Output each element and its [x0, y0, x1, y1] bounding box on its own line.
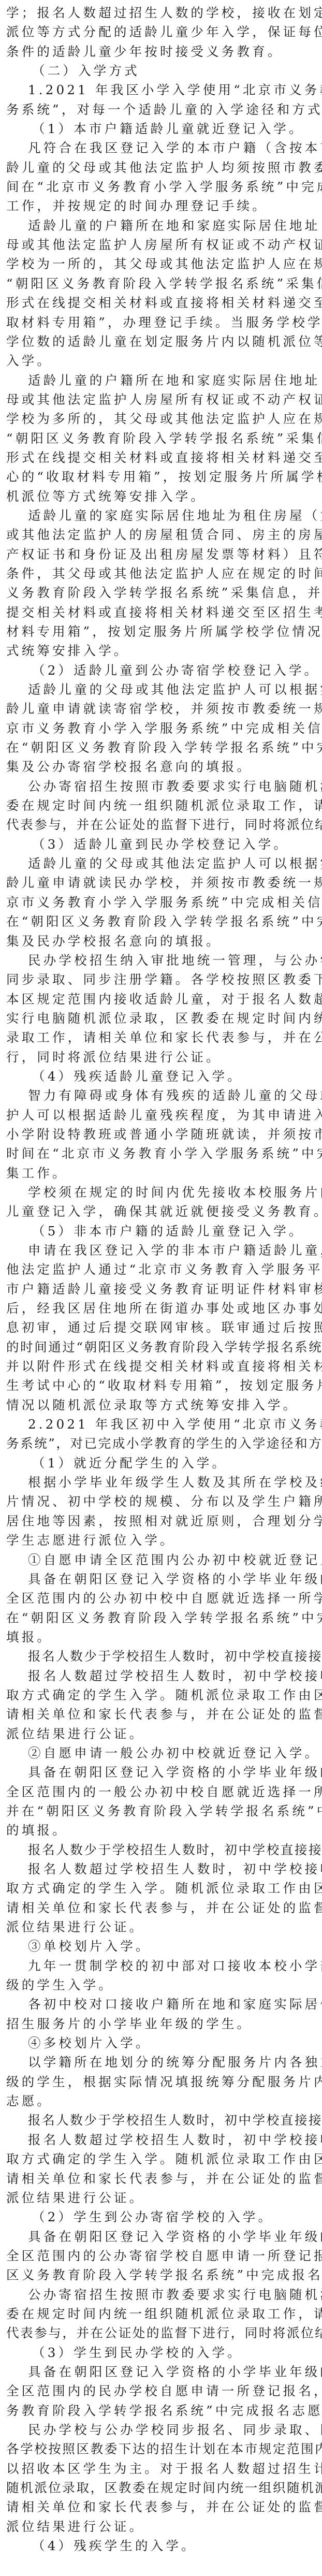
document-text-line: 学校为一所的，其父母或其他法定监护人应在规定的时间内通过	[6, 254, 316, 273]
document-text-line: 间在“北京市义务教育小学入学服务系统”中完成相关信息采集	[6, 177, 316, 196]
document-text-line: 报名人数超过学校招生人数时，初中学校接收以随机派位录	[6, 2130, 316, 2149]
document-text-line: 京市义务教育小学入学服务系统”中完成相关信息采集工作后，	[6, 893, 316, 912]
document-text-line: 请相关单位和家长代表参与，并在公证处的监督下进行，同时将	[6, 1705, 316, 1724]
document-text-line: 级的学生入学。	[6, 1975, 316, 1995]
document-text-line: 入学。	[6, 351, 316, 370]
document-text-line: 务系统”，对每一个适龄儿童的入学途径和方式全程记录。	[6, 100, 316, 119]
document-text-line: 母或其他法定监护人房屋所有权证或不动产权证书）对应的服务	[6, 390, 316, 409]
document-text-line: 条件的适龄儿童少年按时接受义务教育。	[6, 42, 316, 61]
document-text-line: 学校须在规定的时间内优先接收本校服务片内的残疾适龄	[6, 1183, 316, 1202]
document-text-line: 报名人数超过学校招生人数时，初中学校接收以随机派位录	[6, 1666, 316, 1685]
document-text-line: 智力有障碍或身体有残疾的适龄儿童的父母或其他法定监	[6, 1086, 316, 1105]
document-text-line: 以招收本区学生为主。对于报名人数超过招生计划的，实行电脑	[6, 2459, 316, 2478]
section-heading: （1）本市户籍适龄儿童就近登记入学。	[6, 119, 316, 138]
section-heading: （3）适龄儿童到民办学校登记入学。	[6, 835, 316, 854]
document-text-line: 行，同时将派位结果进行公证。	[6, 1047, 316, 1067]
document-text-line: 请相关单位和家长代表参与，并在公证处的监督下进行，同时将	[6, 1898, 316, 1917]
document-text-line: 级的学生，根据实际情况填报统筹分配服务片内初中学校的入学	[6, 2072, 316, 2091]
document-text-line: 各初中校对口接收户籍所在地和家庭实际居住地归属本校	[6, 1995, 316, 2014]
document-text-line: ①自愿申请全区范围内公办初中校就近登记入学。	[6, 1550, 316, 1569]
document-text-line: 材料专用箱”，按划定服务片所属学校学位情况以随机派位等方	[6, 622, 316, 641]
document-text-line: 龄儿童申请就读民办学校，并须按市教委统一规定的时间在“北	[6, 873, 316, 892]
document-text-line: 形式在线提交相关材料或直接将相关材料递交至区招生考试中	[6, 448, 316, 467]
section-heading: （4）残疾适龄儿童登记入学。	[6, 1067, 316, 1086]
document-text-line: 请相关单位和家长代表参与，并在公证处的监督下进行，同时将	[6, 2497, 316, 2516]
document-text-line: 集及民办学校报名意向的填报。	[6, 932, 316, 951]
document-text-line: 志愿。	[6, 2091, 316, 2111]
document-text-line: 1.2021 年我区小学入学使用“北京市义务教育小学入学服	[6, 80, 316, 99]
document-text-line: 以学籍所在地划分的统筹分配服务片内各独立小学毕业年	[6, 2053, 316, 2072]
section-heading: （2）适龄儿童到公办寄宿学校登记入学。	[6, 661, 316, 680]
document-text-line: 同步录取、同步注册学籍。各学校按照区教委下达的招生计划在	[6, 970, 316, 989]
document-text-line: 母或其他法定监护人房屋所有权证或不动产权证书）对应的服务	[6, 235, 316, 254]
document-text-line: 务系统”，对已完成小学教育的学生的入学途径和方式全程记录。	[6, 1434, 316, 1453]
section-heading: （1）就近分配学生的入学。	[6, 1453, 316, 1473]
document-text-line: 具备在朝阳区登记入学资格的小学毕业年级的学生可以在	[6, 2362, 316, 2381]
document-text-line: “朝阳区义务教育阶段入学转学报名系统”采集信息，并以附件	[6, 274, 316, 293]
document-text-line: 在“朝阳区义务教育阶段入学转学报名系统”中完成报名志愿的	[6, 1608, 316, 1627]
document-text-line: 集工作。	[6, 1163, 316, 1183]
document-text-line: 龄儿童申请就读寄宿学校，并须按市教委统一规定的时间在“北	[6, 699, 316, 718]
document-text-line: 龄儿童的父母或其他法定监护人均须按照市教委统一规定的时	[6, 158, 316, 177]
document-text-line: 学校为多所的，其父母或其他法定监护人应在规定的时间内通过	[6, 409, 316, 428]
document-text-line: 录取工作，请相关单位和家长代表参与，并在公证处的监督下进	[6, 1028, 316, 1047]
document-text-line: 全区范围内的公办初中校中自愿就近选择一所学校登记报名，并	[6, 1589, 316, 1608]
document-text-line: 务教育阶段入学转学报名系统”中完成报名志愿的填报。	[6, 2401, 316, 2420]
document-text-line: ②自愿申请一般公办初中校就近登记入学。	[6, 1743, 316, 1763]
document-text-line: “朝阳区义务教育阶段入学转学报名系统”采集信息，并以附件	[6, 429, 316, 448]
document-text-line: 取材料专用箱”，办理登记手续。当服务学校学位不足时，超出	[6, 313, 316, 332]
document-text-line: 适龄儿童的户籍所在地和家庭实际居住地址（凭适龄儿童父	[6, 216, 316, 235]
document-text-line: 具备在朝阳区登记入学资格的小学毕业年级的学生可以在	[6, 2227, 316, 2246]
document-text-line: 报名人数少于学校招生人数时，初中学校直接接收学生入学。	[6, 2111, 316, 2130]
section-heading: （二）入学方式	[6, 61, 316, 80]
document-text-line: 形式在线提交相关材料或直接将相关材料递交至对应学校的“收	[6, 293, 316, 312]
document-text-line: 代表参与，并在公证处的监督下进行，同时将派位结果进行公证。	[6, 815, 316, 834]
document-text-line: 2.2021 年我区初中入学使用“北京市义务教育初中入学服	[6, 1415, 316, 1434]
document-text-line: 京市义务教育小学入学服务系统”中完成相关信息采集工作后，	[6, 719, 316, 738]
document-text-line: 民办学校招生纳入审批地统一管理，与公办学校同步报名，	[6, 951, 316, 970]
document-text-line: 取方式确定的学生入学。随机派位录取工作由区教委统一组织，	[6, 1685, 316, 1705]
document-text-line: 公办寄宿招生按照市教委要求实行电脑随机派位录取。区教	[6, 2285, 316, 2304]
document-text-line: 工作，并按规定的时间办理登记手续。	[6, 196, 316, 215]
document-text-line: 产权证书和身份证及出租房屋发票等材料）且符合在朝阳区入学	[6, 545, 316, 564]
document-text-line: 派位结果进行公证。	[6, 1917, 316, 1937]
document-text-line: 机派位等方式统筹安排入学。	[6, 487, 316, 506]
document-text-line: 市户籍适龄儿童接受义务教育证明证件材料审核入口”采集信息	[6, 1279, 316, 1299]
document-text-line: 派位等方式分配的适龄儿童少年入学，保证每位符合在我区入学	[6, 22, 316, 41]
document-text-line: 适龄儿童的父母或其他法定监护人可以根据实际情况为适	[6, 680, 316, 699]
document-text-line: 片情况、初中学校的规模、分布以及学生户籍所在地和家庭实际	[6, 1492, 316, 1511]
document-text-line: 式统筹安排入学。	[6, 641, 316, 660]
document-text-line: 派位结果进行公证。	[6, 2517, 316, 2536]
document-text-line: 代表参与，并在公证处的监督下进行，同时将派位结果进行公证。	[6, 2323, 316, 2342]
document-text-line: 并在“朝阳区义务教育阶段入学转学报名系统”中完成报名志愿	[6, 1801, 316, 1821]
document-text-line: 全区范围内的一般公办初中校自愿就近选择一所学校登记报名，	[6, 1782, 316, 1801]
document-text-line: 学；报名人数超过招生人数的学校，接收在划定服务片内以随机	[6, 3, 316, 22]
document-text-line: 息初审，通过后提交联网审核。联审通过后按照区教委统一规定	[6, 1318, 316, 1337]
document-text-line: 各学校按照区教委下达的招生计划在本市规定范围内接收学生，	[6, 2439, 316, 2458]
document-text-line: 小学附设特教班或普通小学随班就读，并须按市教委统一规定的	[6, 1125, 316, 1144]
section-heading: （5）非本市户籍的适龄儿童登记入学。	[6, 1221, 316, 1241]
document-text-line: 实行电脑随机派位录取，区教委在规定时间内统一组织随机派位	[6, 1009, 316, 1028]
document-text-line: 义务教育阶段入学转学报名系统”采集信息，并以附件形式在线	[6, 583, 316, 602]
document-text-line: 学位数的适龄儿童在划定服务片内以随机派位等方式统筹安排	[6, 332, 316, 351]
document-text-line: ③单校划片入学。	[6, 1937, 316, 1956]
document-text-line: 学生志愿进行派位入学。	[6, 1531, 316, 1550]
document-text-line: 根据小学毕业年级学生人数及其所在学校及统筹分配服务	[6, 1473, 316, 1492]
document-text-line: 委在规定时间内统一组织随机派位录取工作，请相关单位和家长	[6, 2304, 316, 2323]
document-text-line: 后，经我区居住地所在街道办事处或地区办事处（乡政府）按信	[6, 1299, 316, 1318]
document-text-line: 生考试中心的“收取材料专用箱”，按划定服务片所属学校学位	[6, 1376, 316, 1395]
document-text-line: 民办学校与公办学校同步报名、同步录取、同步注册学籍。	[6, 2420, 316, 2439]
document-text-line: 报名人数超过学校招生人数时，初中学校接收以随机派位录	[6, 1859, 316, 1879]
document-text-line: 取方式确定的学生入学。随机派位录取工作由区教委统一组织，	[6, 2149, 316, 2169]
document-text-line: 派位结果进行公证。	[6, 1724, 316, 1743]
document-text-line: 儿童登记入学，确保其就近就便接受义务教育。	[6, 1202, 316, 1221]
section-heading: （2）学生到公办寄宿学校的入学。	[6, 2207, 316, 2226]
document-text-line: 集及公办寄宿学校报名意向的填报。	[6, 757, 316, 776]
document-text-line: 并以附件形式在线提交相关材料或直接将相关材料递交至区招	[6, 1357, 316, 1376]
section-heading: （3）学生到民办学校的入学。	[6, 2343, 316, 2362]
document-text-line: 提交相关材料或直接将相关材料递交至区招生考试中心的“收取	[6, 603, 316, 622]
document-text-line: 心的“收取材料专用箱”，按划定服务片所属学校学位情况以随	[6, 467, 316, 486]
document-text-line: 凡符合在我区登记入学的本市户籍（含按本市户籍对待）适	[6, 138, 316, 157]
document-text-line: 护人可以根据适龄儿童残疾程度，为其申请进入特殊教育学校、	[6, 1105, 316, 1125]
document-text-line: 申请在我区登记入学的非本市户籍适龄儿童，由其父母或其	[6, 1241, 316, 1260]
document-text-line: 本区规定范围内接收适龄儿童，对于报名人数超过招生计划的，	[6, 989, 316, 1009]
document-text-line: 全区范围内的公办寄宿学校自愿申请一所登记报名，并在“朝阳	[6, 2246, 316, 2265]
document-text-line: 请相关单位和家长代表参与，并在公证处的监督下进行，同时将	[6, 2169, 316, 2188]
document-text-line: 时间在“北京市义务教育小学入学服务系统”中完成相关信息采	[6, 1144, 316, 1163]
document-text-line: 在“朝阳区义务教育阶段入学转学报名系统”中完成相关信息采	[6, 738, 316, 757]
document-page: 学；报名人数超过招生人数的学校，接收在划定服务片内以随机派位等方式分配的适龄儿童…	[0, 0, 322, 2555]
document-text-line: 条件，其父母或其他法定监护人应在规定的时间内通过“朝阳区	[6, 564, 316, 583]
document-text-line: 派位结果进行公证。	[6, 2188, 316, 2207]
document-text-line: 委在规定时间内统一组织随机派位录取工作，请相关单位和家长	[6, 796, 316, 815]
document-text-line: 具备在朝阳区登记入学资格的小学毕业年级的学生，可以在	[6, 1763, 316, 1782]
document-text-line: 取方式确定的学生入学。随机派位录取工作由区教委统一组织，	[6, 1879, 316, 1898]
document-text-line: 的时间通过“朝阳区义务教育阶段入学转学报名系统”采集信息，	[6, 1337, 316, 1357]
document-text-line: 居住地等因素，按照相对就近原则，合理划分学校服务片，根据	[6, 1511, 316, 1531]
document-text-line: 适龄儿童的户籍所在地和家庭实际居住地址（凭适龄儿童父	[6, 371, 316, 390]
document-text-line: 九年一贯制学校的初中部对口接收本校小学部小学毕业年	[6, 1956, 316, 1975]
document-text-line: 随机派位录取，区教委在规定时间内统一组织随机派位录取工作，	[6, 2478, 316, 2497]
document-text-line: 具备在朝阳区登记入学资格的小学毕业年级的学生，可以在	[6, 1569, 316, 1589]
document-text-line: 的填报。	[6, 1821, 316, 1840]
document-text-line: 公办寄宿招生按照市教委要求实行电脑随机派位录取。区教	[6, 777, 316, 796]
document-text-line: 适龄儿童的家庭实际居住地址为租住房屋（凭适龄儿童父母	[6, 506, 316, 525]
document-text-line: 情况以随机派位录取等方式统筹安排入学。	[6, 1395, 316, 1415]
document-text-line: 招生服务片的小学毕业年级的学生。	[6, 2014, 316, 2033]
document-text-line: 报名人数少于学校招生人数时，初中学校直接接收学生入学。	[6, 1840, 316, 1859]
document-text-line: 在“朝阳区义务教育阶段入学转学报名系统”中完成相关信息采	[6, 912, 316, 931]
document-text-line: 填报。	[6, 1627, 316, 1647]
document-text-line: 他法定监护人通过“北京市义务教育入学服务平台”中的“非本	[6, 1260, 316, 1279]
section-heading: （4）残疾学生的入学。	[6, 2536, 316, 2555]
document-text-line: 适龄儿童的父母或其他法定监护人可以根据实际情况为适	[6, 854, 316, 873]
document-text-line: ④多校划片入学。	[6, 2033, 316, 2053]
document-text-line: 全区范围内的民办学校自愿申请一所登记报名，并在“朝阳区义	[6, 2381, 316, 2400]
document-text-line: 报名人数少于学校招生人数时，初中学校直接接收学生入学。	[6, 1647, 316, 1666]
document-text-line: 区义务教育阶段入学转学报名系统”中完成报名志愿的填报。	[6, 2265, 316, 2284]
document-text-line: 或其他法定监护人的房屋租赁合同、房主的房屋所有权证或不动	[6, 525, 316, 544]
